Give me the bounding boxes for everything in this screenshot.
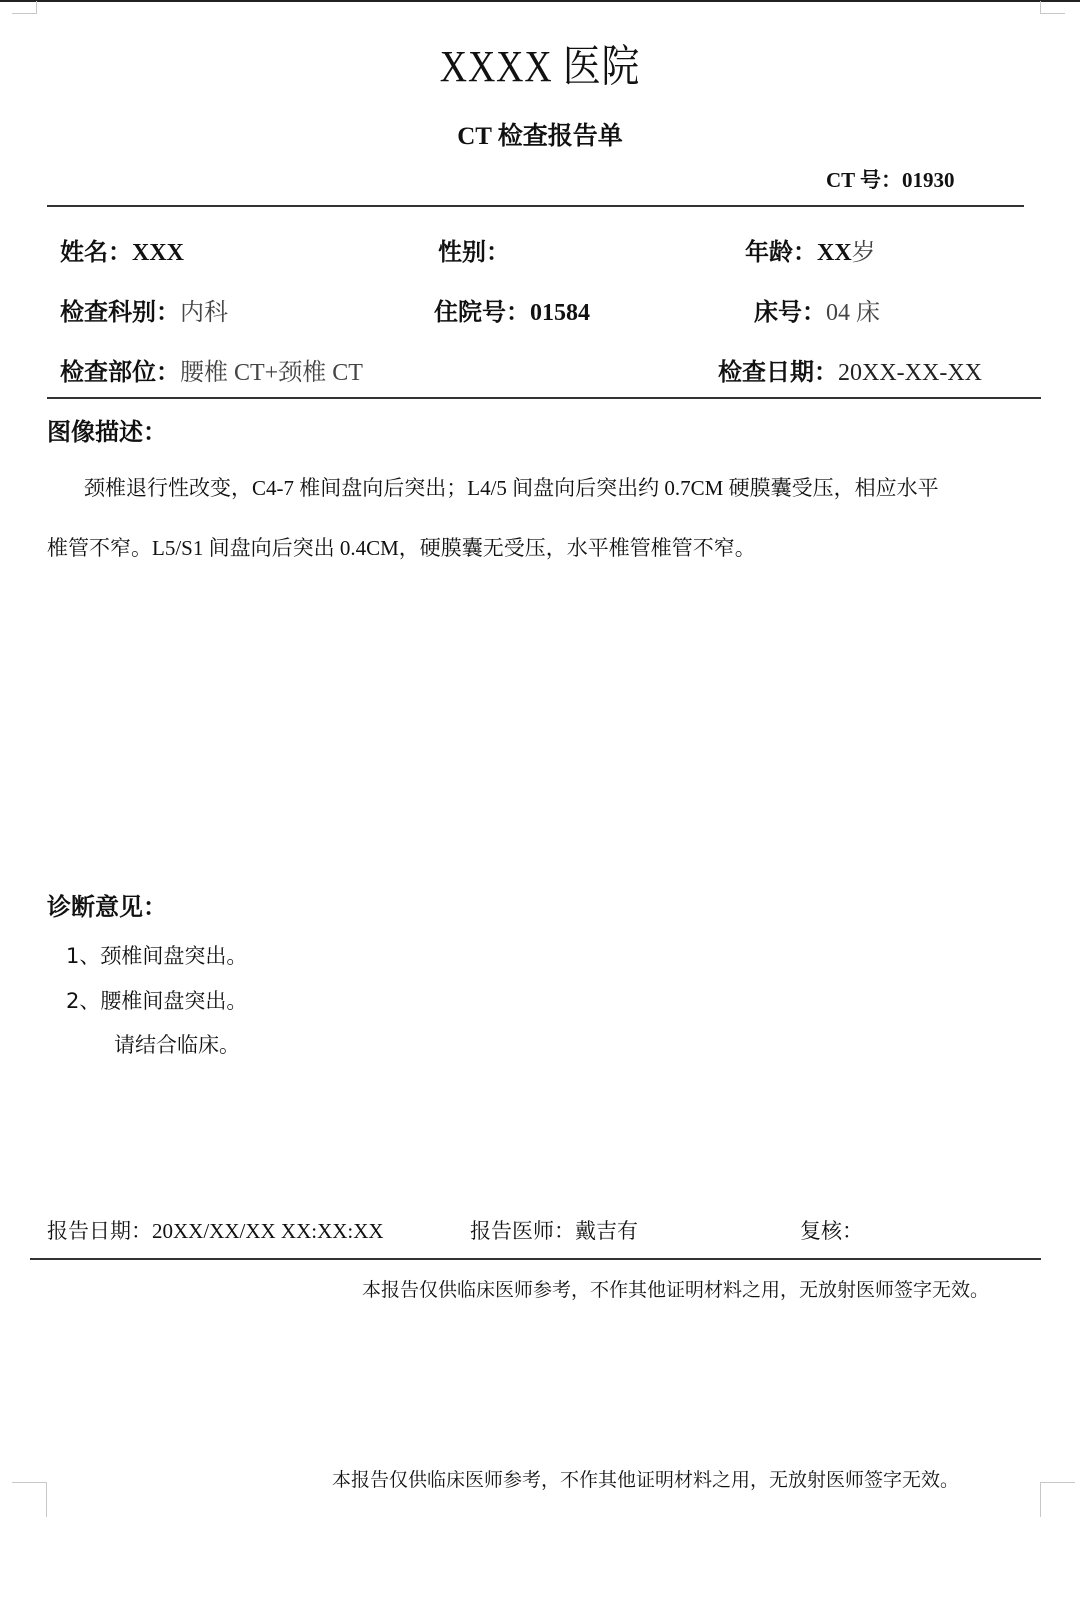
age-unit: 岁 [852, 240, 876, 266]
name-label: 姓名： [60, 240, 132, 266]
patient-age: 年龄：XX岁 [745, 232, 876, 267]
age-label: 年龄： [745, 240, 817, 266]
ct-number-value: 01930 [902, 168, 955, 192]
exam-department: 检查科别：内科 [60, 292, 228, 327]
diagnosis-item-1: 1、颈椎间盘突出。 [66, 940, 247, 970]
disclaimer: 本报告仅供临床医师参考，不作其他证明材料之用，无放射医师签字无效。 [362, 1275, 989, 1302]
image-description-line-1: 颈椎退行性改变，C4-7 椎间盘向后突出；L4/5 间盘向后突出约 0.7CM … [84, 472, 939, 502]
age-value: XX [817, 240, 852, 266]
reviewer: 复核： [800, 1215, 863, 1245]
review-label: 复核： [800, 1219, 863, 1243]
diagnosis-note: 请结合临床。 [114, 1029, 240, 1059]
margin-mark-top-left [12, 1, 37, 14]
department-label: 检查科别： [60, 300, 180, 326]
report-title: CT 检查报告单 [0, 116, 1080, 152]
name-value: XXX [132, 240, 184, 266]
exam-date-label: 检查日期： [718, 360, 838, 386]
doctor-value: 戴吉有 [575, 1219, 638, 1243]
department-value: 内科 [180, 300, 228, 326]
exam-date-value: 20XX-XX-XX [838, 360, 982, 386]
ct-number-label: CT 号： [826, 168, 902, 192]
image-description-line-2: 椎管不窄。L5/S1 间盘向后突出 0.4CM，硬膜囊无受压，水平椎管椎管不窄。 [47, 532, 756, 562]
report-date-label: 报告日期： [47, 1219, 152, 1243]
bed-number: 床号：04 床 [754, 292, 880, 327]
exam-site: 检查部位：腰椎 CT+颈椎 CT [60, 352, 363, 387]
margin-mark-top-right [1040, 1, 1065, 14]
reporting-doctor: 报告医师：戴吉有 [470, 1215, 638, 1245]
admission-no-value: 01584 [530, 300, 590, 326]
page-top-edge [0, 0, 1080, 2]
patient-name: 姓名：XXX [60, 232, 184, 267]
admission-number: 住院号：01584 [434, 292, 590, 327]
diagnosis-title: 诊断意见： [47, 887, 167, 922]
page-footer-disclaimer: 本报告仅供临床医师参考，不作其他证明材料之用，无放射医师签字无效。 [332, 1465, 959, 1492]
image-description-title: 图像描述： [47, 412, 167, 447]
bed-label: 床号： [754, 300, 826, 326]
margin-mark-bottom-right [1040, 1482, 1075, 1517]
exam-date: 检查日期：20XX-XX-XX [718, 352, 982, 387]
exam-site-value: 腰椎 CT+颈椎 CT [180, 360, 363, 386]
report-date-value: 20XX/XX/XX XX:XX:XX [152, 1219, 384, 1243]
gender-label: 性别： [438, 240, 510, 266]
bed-value: 04 床 [826, 300, 880, 326]
header-divider [47, 205, 1024, 207]
diagnosis-item-2: 2、腰椎间盘突出。 [66, 985, 247, 1015]
exam-site-label: 检查部位： [60, 360, 180, 386]
info-divider [47, 397, 1041, 399]
report-date: 报告日期：20XX/XX/XX XX:XX:XX [47, 1215, 384, 1245]
hospital-name: XXXX 医院 [76, 30, 1005, 94]
patient-gender: 性别： [438, 232, 510, 267]
margin-mark-bottom-left [12, 1482, 47, 1517]
ct-number: CT 号：01930 [826, 164, 955, 194]
doctor-label: 报告医师： [470, 1219, 575, 1243]
admission-no-label: 住院号： [434, 300, 530, 326]
footer-divider [30, 1258, 1041, 1260]
